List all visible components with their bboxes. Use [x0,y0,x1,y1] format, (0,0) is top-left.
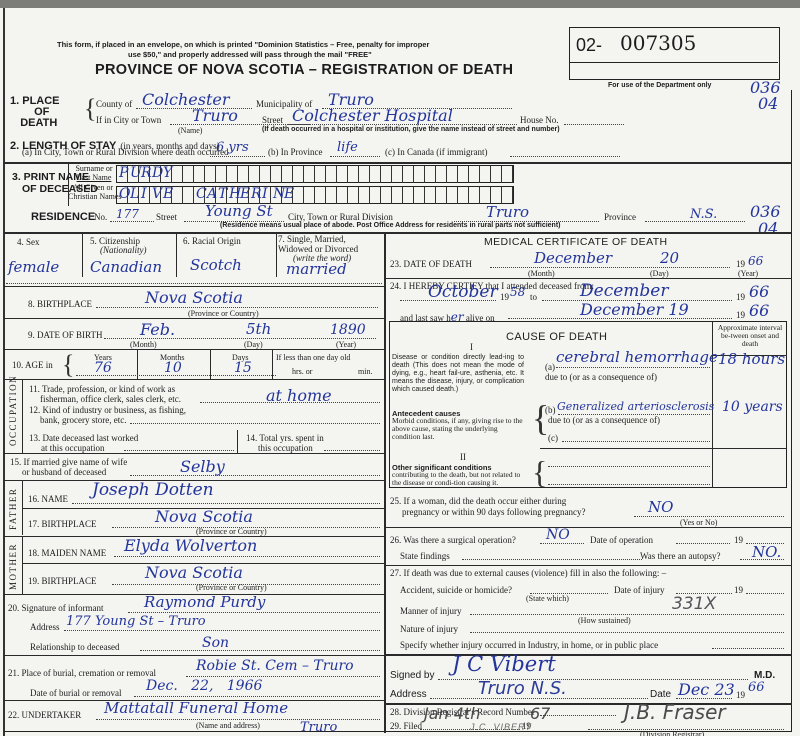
mother-side-label: MOTHER [8,543,18,590]
form-title: PROVINCE OF NOVA SCOTIA – REGISTRATION O… [95,62,513,78]
attended-to-year: 66 [749,282,769,301]
cause-a-value: cerebral hemorrhage [556,348,718,366]
undertaker-field[interactable] [96,719,380,720]
operation-year-prefix: 19 [734,535,743,545]
age-less-than-day-label: If less than one day old [276,353,350,362]
death-registration-form: This form, if placed in an envelope, on … [0,0,800,736]
stay-city-value: 6 yrs [216,140,249,155]
given-names-label: All Given or Christian Names [68,183,118,201]
signed-by-value: J C Vibert [452,652,556,676]
autopsy-value: NO. [752,543,781,561]
industry-label: 12. Kind of industry or business, as fis… [29,405,186,425]
nature-field[interactable] [470,632,784,633]
dod-month-value: December [534,249,612,267]
stay-city-field[interactable] [210,156,265,157]
divider [384,654,792,656]
street-hint: (If death occurred in a hospital or inst… [262,126,560,133]
registration-number: 007305 [620,31,696,55]
surname-grid[interactable]: PURDY [116,165,514,183]
dob-year-value: 1890 [330,322,366,338]
dod-year-value: 66 [748,254,763,268]
dob-month-value: Feb. [140,320,175,339]
from-year-prefix: 19 [500,292,509,302]
divider [4,379,384,380]
dod-day-hint: (Day) [650,269,669,278]
stay-canada-field[interactable] [510,156,620,157]
attended-from-year: 58 [510,285,525,299]
attended-from-month: October [428,282,498,302]
registration-number-box: 02- 007305 [569,27,780,80]
divider [384,565,792,566]
father-name-field[interactable] [72,503,380,504]
father-name-label: 16. NAME [28,494,68,504]
surgery-value: NO [546,527,570,543]
cause-a-label: (a) [545,362,555,372]
interval-header: Approximate interval be-tween onset and … [715,324,785,348]
last-saw-year-prefix: 19 [736,310,745,320]
marital-status-value: married [286,260,347,278]
cause-a-interval: 18 hours [718,350,785,368]
street-label: Street [262,115,283,125]
residence-city-value: Truro [486,203,529,221]
undertaker-value: Mattatall Funeral Home [104,699,288,717]
date-of-death-field[interactable] [490,267,730,268]
surgery-question-label: 26. Was there a surgical operation? [390,535,516,545]
residence-province-value: N.S. [690,207,717,222]
burial-date-label: Date of burial or removal [30,688,121,698]
pregnancy-value: NO [648,498,673,516]
manner-hint: (How sustained) [578,616,631,625]
age-months-value: 10 [164,360,182,376]
age-hours-label: hrs. or [292,367,312,376]
other-conditions-text: contributing to the death, but not relat… [392,471,524,487]
citizenship-value: Canadian [90,258,162,276]
column-divider [384,233,386,733]
age-minutes-label: min. [358,367,372,376]
burial-date-field[interactable] [134,696,380,697]
burial-place-label: 21. Place of burial, cremation or remova… [8,668,156,678]
divider [384,278,792,279]
cause-c-label: (c) [548,433,558,443]
stamp-text: J.C. VIBERT [470,722,532,732]
total-years-field[interactable] [324,450,380,451]
surname-label: Surname or Last Name [72,164,116,182]
findings-label: State findings [400,551,450,561]
divider [22,536,23,594]
to-label: to [530,292,537,302]
brace-icon: { [84,94,96,124]
pregnancy-hint: (Yes or No) [680,518,717,527]
cause-header: CAUSE OF DEATH [506,331,607,343]
city-hint: (Name) [178,126,202,135]
divider [4,318,384,319]
dod-day-value: 20 [660,249,679,267]
cause-b-interval: 10 years [722,399,783,415]
roman-two: II [460,452,466,462]
divider [176,233,177,277]
cause-b-label: (b) [545,405,556,415]
divider [4,655,384,656]
stay-canada-label: (c) In Canada (if immigrant) [385,147,487,157]
to-year-prefix: 19 [736,292,745,302]
mail-notice-line2: use $50," and properly addressed will pa… [128,50,372,59]
birthplace-label: 8. BIRTHPLACE [28,299,92,309]
accident-label: Accident, suicide or homicide? [400,585,512,595]
filed-label: 29. Filed [390,721,422,731]
informant-address-label: Address [30,622,60,632]
mother-maiden-value: Elyda Wolverton [124,536,257,555]
informant-signature-field[interactable] [128,612,380,613]
date-of-birth-label: 9. DATE OF BIRTH [28,330,102,340]
findings-field[interactable] [462,559,642,560]
residence-city-label: City, Town or Rural Division [288,212,393,222]
city-value: Truro [192,106,238,125]
divider [276,233,277,277]
mother-maiden-label: 18. MAIDEN NAME [28,548,106,558]
classification-code: 331X [672,594,716,614]
mother-birthplace-label: 19. BIRTHPLACE [28,576,96,586]
sex-value: female [8,258,59,276]
dod-year-prefix: 19 [736,259,745,269]
dod-year-hint: (Year) [738,269,758,278]
registration-box-divider [570,62,778,63]
divider [384,527,792,528]
surname-value: PURDY [119,165,174,181]
last-saw-year-value: 66 [749,301,769,320]
registrar-hint: (Division Registrar) [640,730,704,736]
trade-label: 11. Trade, profession, or kind of work a… [29,384,181,404]
signer-address-label: Address [390,689,427,700]
residence-no-value: 177 [116,207,139,221]
residence-no-field[interactable] [110,221,154,222]
dob-day-hint: (Day) [244,340,263,349]
racial-origin-value: Scotch [190,256,242,274]
signer-address-value: Truro N.S. [478,678,567,699]
spouse-label: 15. If married give name of wife or husb… [10,457,127,477]
father-name-value: Joseph Dotten [92,480,214,500]
occupation-side-label: OCCUPATION [8,375,18,446]
external-causes-label: 27. If death was due to external causes … [390,568,666,578]
total-years-label: 14. Total yrs. spent in this occupation [246,433,324,453]
mother-maiden-field[interactable] [114,556,380,557]
injury-year-field[interactable] [746,593,784,594]
sex-label: 4. Sex [17,237,40,247]
other-conditions-field-1[interactable] [548,466,710,467]
city-label: If in City or Town [96,115,161,125]
relationship-field[interactable] [140,650,380,651]
accident-hint: (State which) [526,594,569,603]
undertaker-hint: (Name and address) [196,721,260,730]
house-number-label: House No. [520,115,559,125]
industry-field[interactable] [130,423,380,424]
dob-year-hint: (Year) [336,340,356,349]
informant-address-field[interactable] [64,630,380,631]
operation-date-label: Date of operation [590,535,653,545]
direct-cause-label: Disease or condition directly lead-ing t… [392,354,524,394]
record-number-field[interactable] [540,715,616,716]
cause-b-value: Generalized arteriosclerosis [557,400,714,413]
place-of-death-label: 1. PLACE OF DEATH [10,96,60,129]
roman-one: I [470,342,473,352]
divider [540,448,787,449]
registrar-signature: J.B. Fraser [624,700,726,724]
father-birthplace-hint: (Province or Country) [196,527,267,536]
stay-province-field[interactable] [330,156,380,157]
department-note: For use of the Department only [608,82,711,89]
due-to-label-2: due to (or as a consequence of) [548,415,660,425]
divider [4,286,384,287]
antecedent-text: Morbid conditions, if any, giving rise t… [392,417,524,441]
informant-signature-label: 20. Signature of informant [8,603,103,613]
mother-birthplace-value: Nova Scotia [145,563,243,582]
relationship-value: Son [202,635,229,651]
residence-no-label: No. [94,212,107,222]
operation-date-field[interactable] [676,543,730,544]
personal-row-field[interactable] [6,283,382,284]
other-conditions-field-2[interactable] [548,484,710,485]
trade-value: at home [266,386,332,405]
medical-certificate-header: MEDICAL CERTIFICATE OF DEATH [484,236,668,248]
birthplace-field[interactable] [96,307,378,308]
nature-label: Nature of injury [400,624,458,634]
brace-icon: { [62,350,74,380]
dob-day-value: 5th [246,320,271,338]
filed-year-value: 67 [530,704,550,723]
filed-date-value: Jan 4th [424,704,480,723]
signed-year-prefix: 19 [736,690,745,700]
undertaker-value-line2: Truro [300,720,337,735]
burial-date-value: Dec. 22, 1966 [146,678,262,694]
injury-year-prefix: 19 [734,585,743,595]
signed-year-value: 66 [748,680,765,695]
given-names-value: OLIVECATHERINE [119,186,295,202]
spouse-field[interactable] [130,475,380,476]
divider [4,349,384,350]
brace-icon: { [532,456,547,488]
divider [22,379,23,453]
residence-street-value: Young St [205,202,273,220]
attended-to-month: December [580,281,668,301]
signed-date-label: Date [650,689,671,700]
burial-place-field[interactable] [186,676,380,677]
residence-province-label: Province [604,212,636,222]
mail-notice-line1: This form, if placed in an envelope, on … [57,40,429,49]
residence-dept-code-2: 04 [758,219,778,238]
signed-date-value: Dec 23 [678,680,735,699]
injury-date-label: Date of injury [614,585,664,595]
relationship-label: Relationship to deceased [30,642,119,652]
date-of-death-label: 23. DATE OF DEATH [390,259,472,269]
citizenship-hint: (Nationality) [100,245,147,255]
birthplace-value: Nova Scotia [145,288,243,307]
signed-by-label: Signed by [390,670,434,681]
age-years-value: 76 [94,360,112,376]
residence-label: RESIDENCE [31,211,95,223]
stay-province-value: life [337,140,358,155]
pregnancy-question-label: 25. If a woman, did the death occur eith… [390,496,585,518]
surgery-field[interactable] [540,543,584,544]
burial-place-value: Robie St. Cem – Truro [196,658,354,674]
divider [4,232,792,234]
divider [237,430,238,453]
pregnancy-field[interactable] [634,516,784,517]
residence-hint: (Residence means usual place of abode. P… [220,222,561,229]
father-birthplace-label: 17. BIRTHPLACE [28,519,96,529]
registration-prefix: 02- [576,35,602,56]
manner-label: Manner of injury [400,606,461,616]
manner-field[interactable] [470,614,784,615]
last-worked-field[interactable] [124,450,234,451]
cause-a-field[interactable] [556,367,710,368]
stay-city-label: (a) In City, Town or Rural Division wher… [22,147,229,157]
informant-signature-value: Raymond Purdy [144,593,265,611]
residence-street-label: Street [156,212,177,222]
undertaker-label: 22. UNDERTAKER [8,710,81,720]
spouse-value: Selby [180,457,225,476]
father-birthplace-value: Nova Scotia [155,507,253,526]
birthplace-hint: (Province or Country) [188,309,259,318]
house-number-field[interactable] [564,124,624,125]
dod-month-hint: (Month) [528,269,555,278]
specify-location-label: Specify whether injury occurred in Indus… [400,640,658,650]
scan-top-edge [0,0,800,8]
stay-province-label: (b) In Province [268,147,322,157]
given-names-grid[interactable]: OLIVECATHERINE [116,186,514,204]
street-value: Colchester Hospital [292,106,453,125]
due-to-label-1: due to (or as a consequence of) [545,372,657,382]
last-worked-label: 13. Date deceased last worked at this oc… [29,433,138,453]
divider [4,162,792,164]
father-side-label: FATHER [8,488,18,530]
autopsy-label: Was there an autopsy? [640,551,721,561]
divider [4,453,384,454]
informant-address-value: 177 Young St – Truro [66,614,206,629]
age-days-value: 15 [234,360,252,376]
last-saw-value: December 19 [580,300,689,319]
county-label: County of [96,99,132,109]
mother-birthplace-hint: (Province or Country) [196,583,267,592]
age-label: 10. AGE in [12,360,53,370]
cause-c-field[interactable] [562,441,710,442]
racial-origin-label: 6. Racial Origin [183,236,241,246]
specify-location-field[interactable] [712,648,784,649]
dob-month-hint: (Month) [130,340,157,349]
divider [82,233,83,277]
